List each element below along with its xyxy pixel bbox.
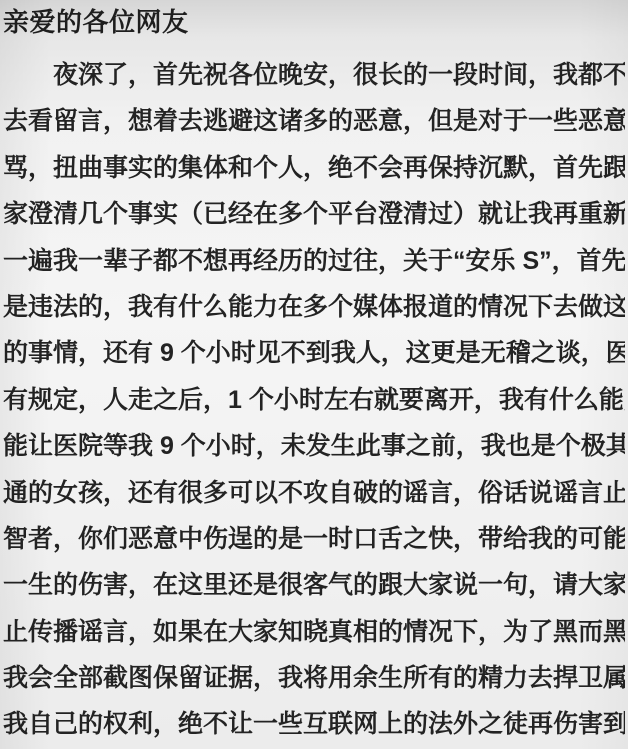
paragraph-line: 一遍我一辈子都不想再经历的过往，关于“安乐 S”，首先这 (3, 238, 625, 284)
paragraph-line: 有规定，人走之后，1 个小时左右就要离开，我有什么能力 (3, 377, 625, 423)
statement-heading: 亲爱的各位网友 (0, 0, 628, 39)
paragraph-line: 智者，你们恶意中伤逞的是一时口舌之快，带给我的可能是 (3, 516, 625, 562)
paragraph-line: 家澄清几个事实（已经在多个平台澄清过）就让我再重新走 (3, 191, 625, 237)
statement-screenshot: 亲爱的各位网友 夜深了，首先祝各位晚安，很长的一段时间，我都不再 去看留言，想着… (0, 0, 628, 749)
paragraph-line: 能让医院等我 9 个小时，未发生此事之前，我也是个极其普 (3, 423, 625, 469)
paragraph-line: 一生的伤害，在这里还是很客气的跟大家说一句，请大家停 (3, 562, 625, 608)
paragraph-line: 通的女孩，还有很多可以不攻自破的谣言，俗话说谣言止于 (3, 470, 625, 516)
paragraph-line: 是违法的，我有什么能力在多个媒体报道的情况下去做这样 (3, 284, 625, 330)
paragraph-line: 骂，扭曲事实的集体和个人，绝不会再保持沉默，首先跟大 (3, 145, 625, 191)
paragraph-line: 我自己的权利，绝不让一些互联网上的法外之徒再伤害到我 (3, 701, 625, 747)
paragraph-line: 去看留言，想着去逃避这诸多的恶意，但是对于一些恶意谩 (3, 98, 625, 144)
paragraph-line: 我会全部截图保留证据，我将用余生所有的精力去捍卫属于 (3, 655, 625, 701)
paragraph-line: 夜深了，首先祝各位晚安，很长的一段时间，我都不再 (3, 52, 625, 98)
statement-body: 夜深了，首先祝各位晚安，很长的一段时间，我都不再 去看留言，想着去逃避这诸多的恶… (0, 52, 628, 748)
paragraph-line: 止传播谣言，如果在大家知晓真相的情况下，为了黑而黑， (3, 609, 625, 655)
paragraph-line: 的事情，还有 9 个小时见不到我人，这更是无稽之谈，医院 (3, 330, 625, 376)
